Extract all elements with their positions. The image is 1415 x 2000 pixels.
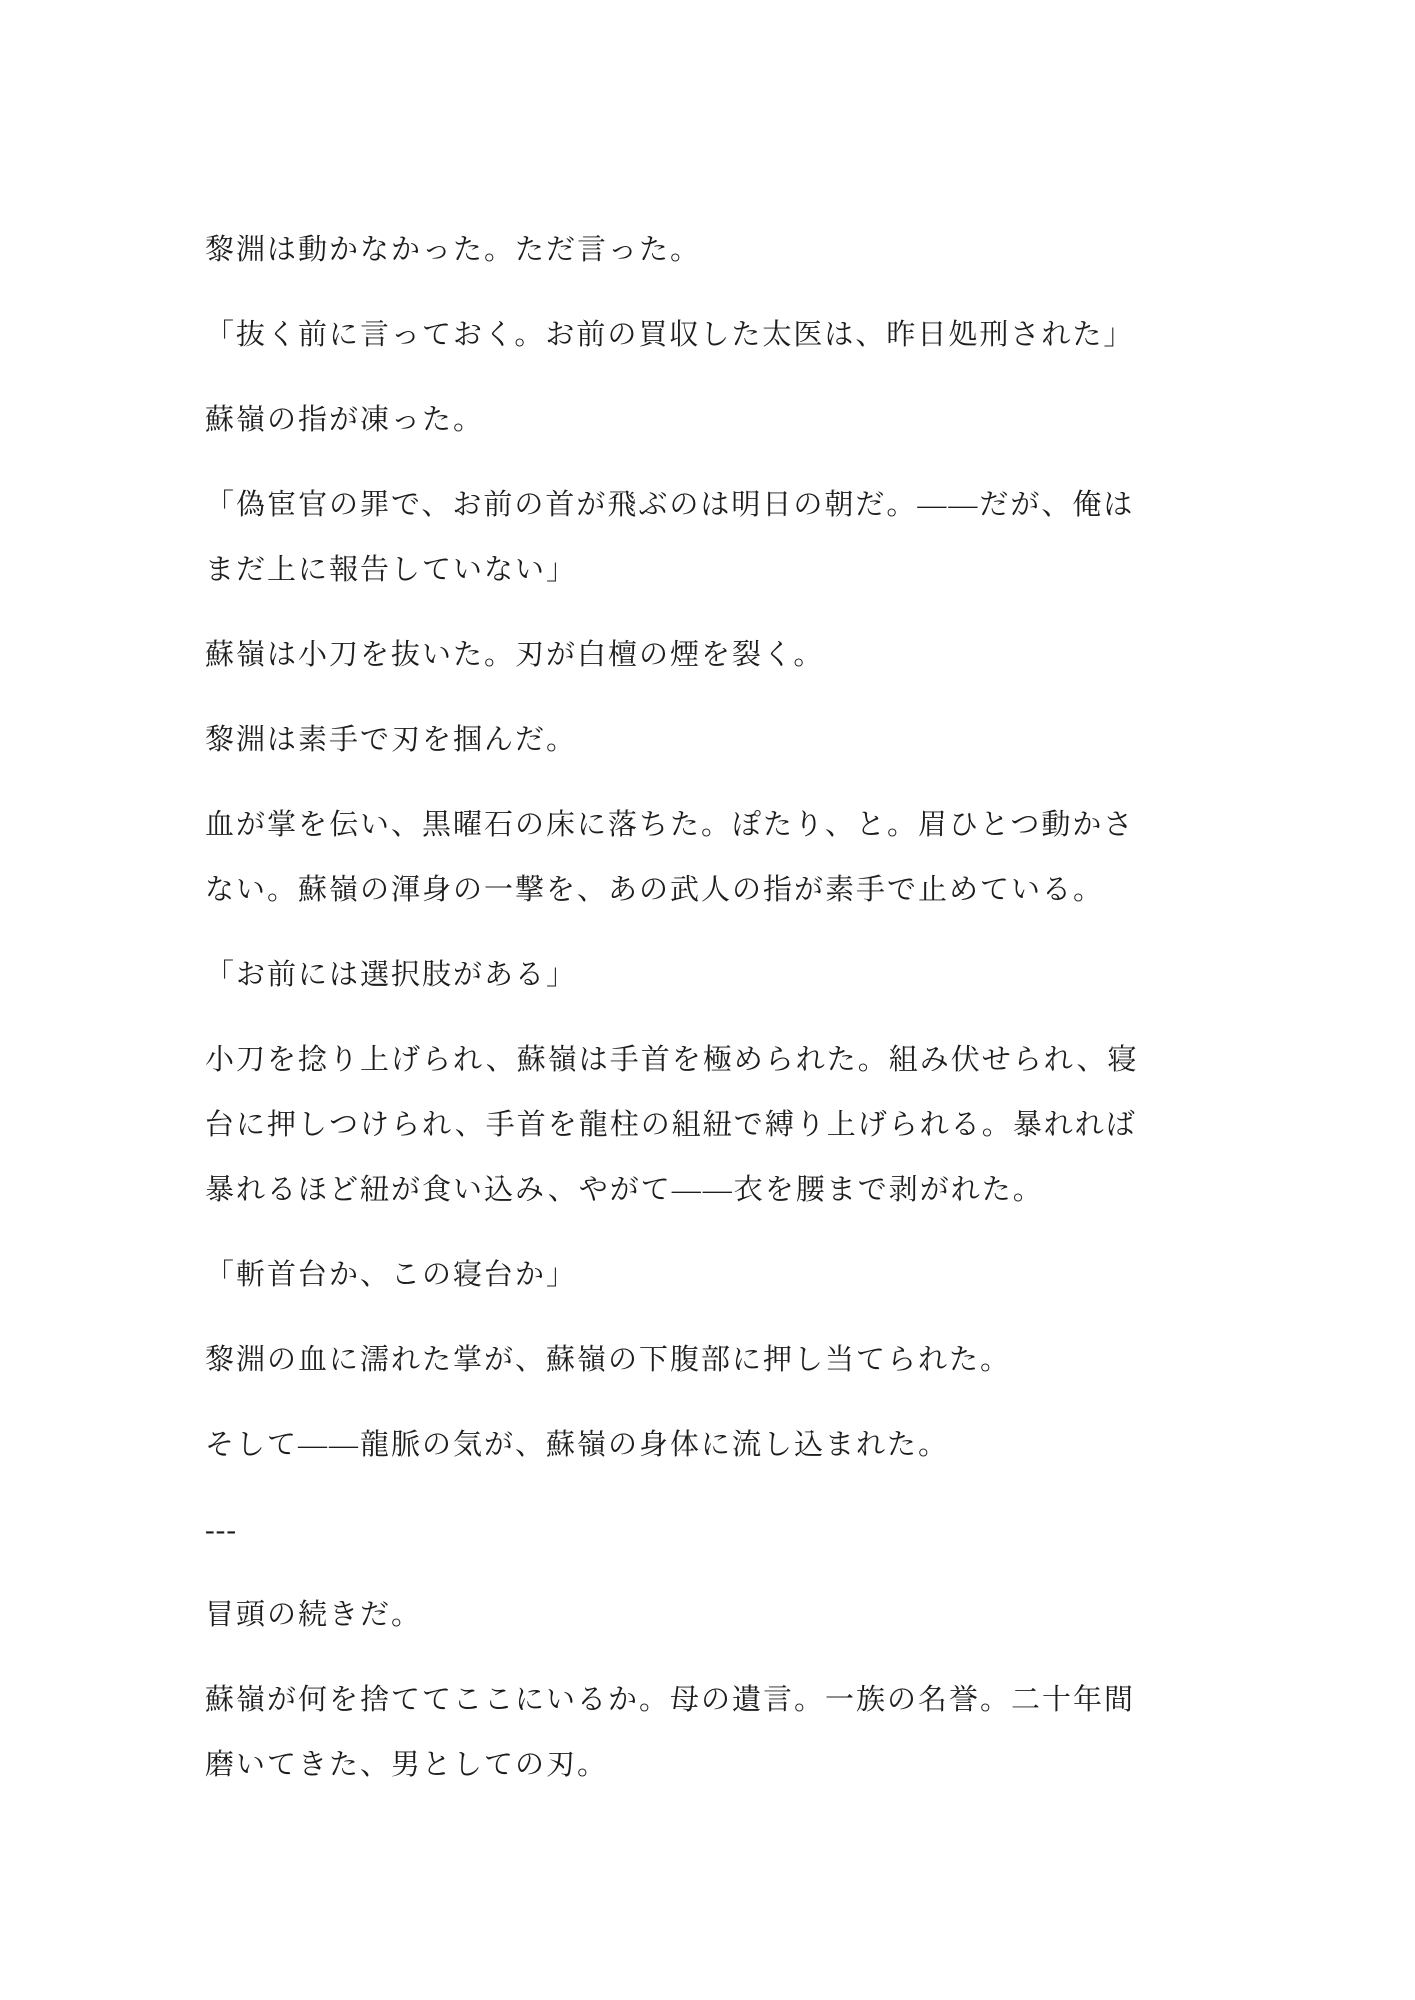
paragraph-narration: 小刀を捻り上げられ、蘇嶺は手首を極められた。組み伏せられ、寝台に押しつけられ、手…	[205, 1028, 1163, 1223]
section-separator: ---	[205, 1498, 1163, 1563]
paragraph-dialogue: 「抜く前に言っておく。お前の買収した太医は、昨日処刑された」	[205, 303, 1163, 368]
paragraph-dialogue: 「斬首台か、この寝台か」	[205, 1243, 1163, 1308]
paragraph-narration: 蘇嶺の指が凍った。	[205, 388, 1163, 453]
paragraph-narration: そして——龍脈の気が、蘇嶺の身体に流し込まれた。	[205, 1413, 1163, 1478]
paragraph-narration: 蘇嶺が何を捨ててここにいるか。母の遺言。一族の名誉。二十年間磨いてきた、男として…	[205, 1668, 1163, 1798]
paragraph-narration: 黎淵の血に濡れた掌が、蘇嶺の下腹部に押し当てられた。	[205, 1328, 1163, 1393]
paragraph-dialogue: 「偽宦官の罪で、お前の首が飛ぶのは明日の朝だ。——だが、俺はまだ上に報告していな…	[205, 473, 1163, 603]
paragraph-dialogue: 「お前には選択肢がある」	[205, 943, 1163, 1008]
paragraph-narration: 蘇嶺は小刀を抜いた。刃が白檀の煙を裂く。	[205, 623, 1163, 688]
document-page: 黎淵は動かなかった。ただ言った。 「抜く前に言っておく。お前の買収した太医は、昨…	[0, 0, 1415, 2000]
paragraph-narration: 黎淵は動かなかった。ただ言った。	[205, 218, 1163, 283]
paragraph-narration: 黎淵は素手で刃を掴んだ。	[205, 708, 1163, 773]
paragraph-narration: 血が掌を伝い、黒曜石の床に落ちた。ぽたり、と。眉ひとつ動かさない。蘇嶺の渾身の一…	[205, 793, 1163, 923]
paragraph-narration: 冒頭の続きだ。	[205, 1583, 1163, 1648]
document-body: 黎淵は動かなかった。ただ言った。 「抜く前に言っておく。お前の買収した太医は、昨…	[205, 218, 1163, 1798]
